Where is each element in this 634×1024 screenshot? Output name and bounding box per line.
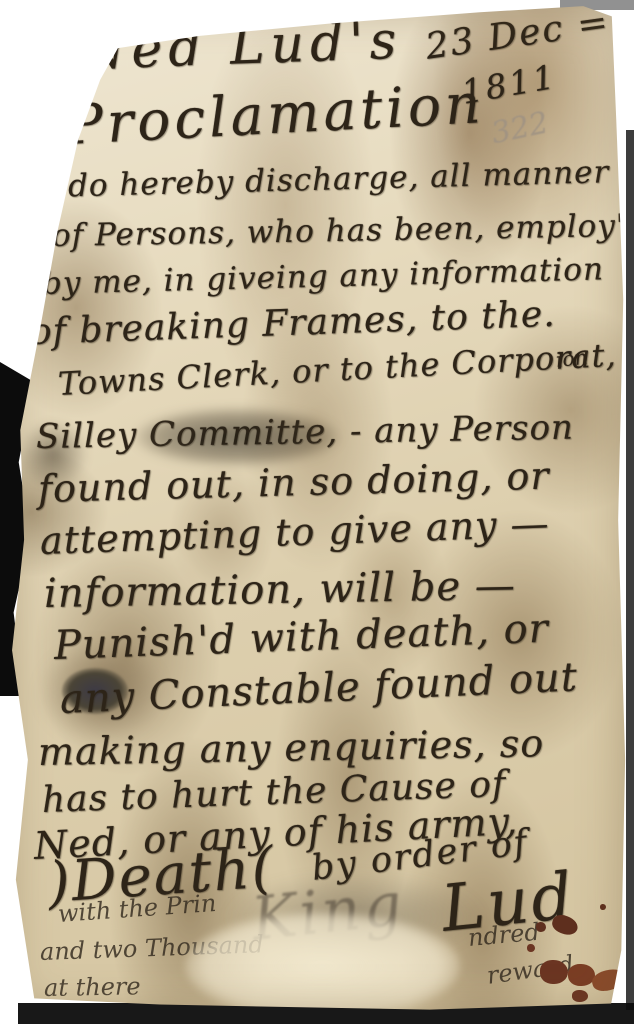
- edge-vignette: [0, 0, 634, 1024]
- manuscript-photo: Ned Lud's 23 Dec = 1811 Proclamation 322…: [0, 0, 634, 1024]
- torn-paper-sheet: Ned Lud's 23 Dec = 1811 Proclamation 322…: [0, 0, 634, 1024]
- backdrop-fragment-right: [626, 130, 634, 1010]
